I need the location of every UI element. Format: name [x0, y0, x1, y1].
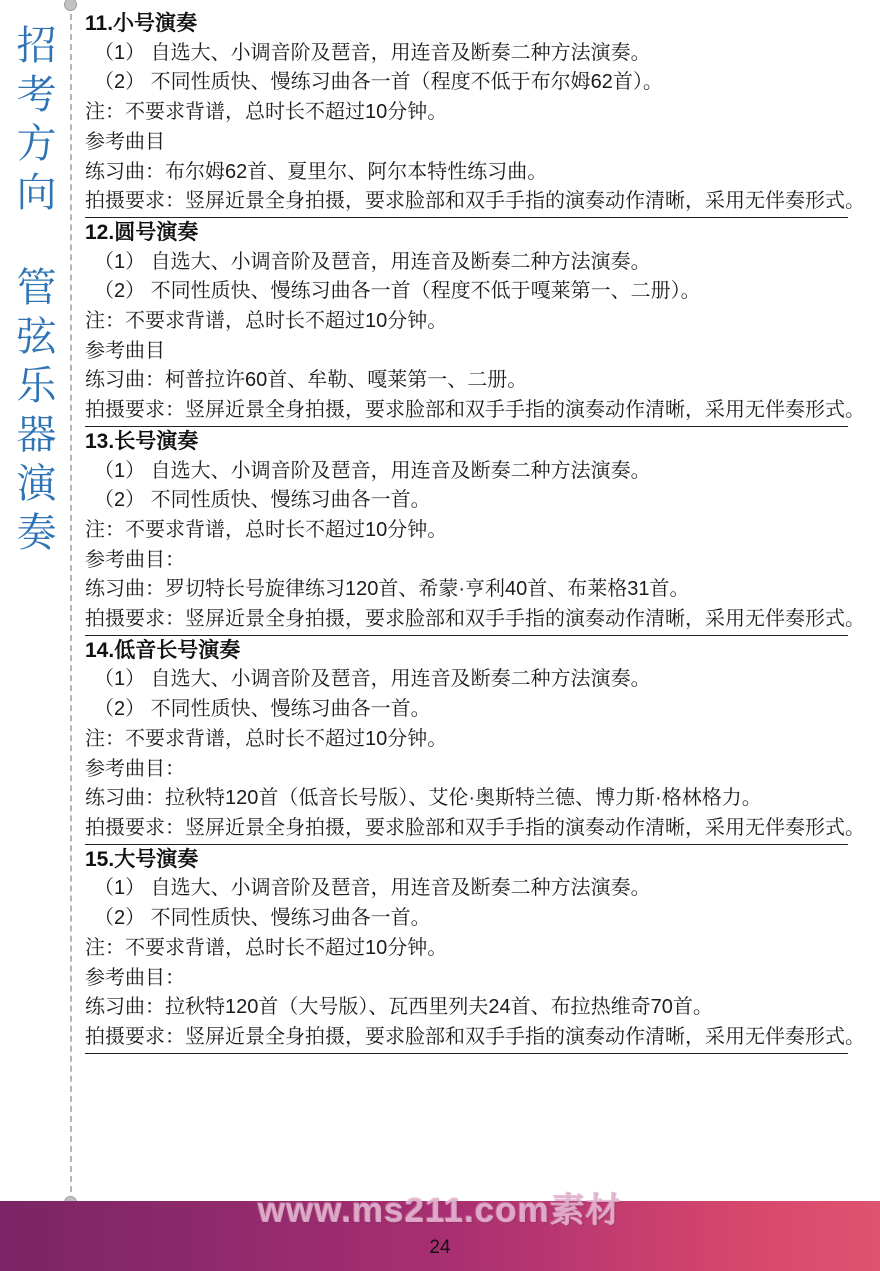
requirement-item-2: （2） 不同性质快、慢练习曲各一首（程度不低于布尔姆62首）。	[85, 68, 848, 98]
requirement-item-1: （1） 自选大、小调音阶及琶音，用连音及断奏二种方法演奏。	[85, 874, 848, 904]
filming-requirements-line: 拍摄要求：竖屏近景全身拍摄，要求脸部和双手手指的演奏动作清晰，采用无伴奏形式。	[85, 396, 848, 427]
section-title: 11.小号演奏	[85, 9, 848, 39]
requirement-item-1: （1） 自选大、小调音阶及琶音，用连音及断奏二种方法演奏。	[85, 248, 848, 278]
etudes-line: 练习曲：柯普拉许60首、牟勒、嘎莱第一、二册。	[85, 366, 848, 396]
exam-section: 15.大号演奏 （1） 自选大、小调音阶及琶音，用连音及断奏二种方法演奏。 （2…	[85, 845, 848, 1054]
section-title: 15.大号演奏	[85, 845, 848, 875]
note-line: 注：不要求背谱，总时长不超过10分钟。	[85, 98, 848, 128]
requirement-item-1: （1） 自选大、小调音阶及琶音，用连音及断奏二种方法演奏。	[85, 665, 848, 695]
exam-section: 14.低音长号演奏 （1） 自选大、小调音阶及琶音，用连音及断奏二种方法演奏。 …	[85, 636, 848, 845]
page-number: 24	[0, 1237, 880, 1259]
etudes-line: 练习曲：拉秋特120首（低音长号版）、艾伦·奥斯特兰德、博力斯·格林格力。	[85, 784, 848, 814]
note-line: 注：不要求背谱，总时长不超过10分钟。	[85, 725, 848, 755]
exam-section: 13.长号演奏 （1） 自选大、小调音阶及琶音，用连音及断奏二种方法演奏。 （2…	[85, 427, 848, 636]
requirement-item-1: （1） 自选大、小调音阶及琶音，用连音及断奏二种方法演奏。	[85, 39, 848, 69]
exam-section: 12.圆号演奏 （1） 自选大、小调音阶及琶音，用连音及断奏二种方法演奏。 （2…	[85, 218, 848, 427]
filming-requirements-line: 拍摄要求：竖屏近景全身拍摄，要求脸部和双手手指的演奏动作清晰，采用无伴奏形式。	[85, 1023, 848, 1054]
document-page: 招考方向 管弦乐器演奏 11.小号演奏 （1） 自选大、小调音阶及琶音，用连音及…	[0, 0, 880, 1271]
divider-top-dot	[64, 0, 77, 11]
etudes-line: 练习曲：布尔姆62首、夏里尔、阿尔本特性练习曲。	[85, 158, 848, 188]
reference-repertoire-heading: 参考曲目：	[85, 755, 848, 785]
etudes-line: 练习曲：罗切特长号旋律练习120首、希蒙·亨利40首、布莱格31首。	[85, 575, 848, 605]
dashed-divider-line	[70, 4, 72, 1202]
reference-repertoire-heading: 参考曲目	[85, 337, 848, 367]
requirement-item-2: （2） 不同性质快、慢练习曲各一首。	[85, 695, 848, 725]
exam-requirements-content: 11.小号演奏 （1） 自选大、小调音阶及琶音，用连音及断奏二种方法演奏。 （2…	[85, 9, 848, 1054]
footer-gradient-bar	[0, 1201, 880, 1271]
sidebar-vertical-label-major: 管弦乐器演奏	[13, 266, 53, 560]
exam-section: 11.小号演奏 （1） 自选大、小调音阶及琶音，用连音及断奏二种方法演奏。 （2…	[85, 9, 848, 218]
section-title: 12.圆号演奏	[85, 218, 848, 248]
note-line: 注：不要求背谱，总时长不超过10分钟。	[85, 934, 848, 964]
requirement-item-1: （1） 自选大、小调音阶及琶音，用连音及断奏二种方法演奏。	[85, 457, 848, 487]
section-title: 14.低音长号演奏	[85, 636, 848, 666]
requirement-item-2: （2） 不同性质快、慢练习曲各一首（程度不低于嘎莱第一、二册）。	[85, 277, 848, 307]
reference-repertoire-heading: 参考曲目	[85, 128, 848, 158]
requirement-item-2: （2） 不同性质快、慢练习曲各一首。	[85, 486, 848, 516]
sidebar-vertical-label-direction: 招考方向	[13, 24, 53, 220]
section-title: 13.长号演奏	[85, 427, 848, 457]
filming-requirements-line: 拍摄要求：竖屏近景全身拍摄，要求脸部和双手手指的演奏动作清晰，采用无伴奏形式。	[85, 187, 848, 218]
reference-repertoire-heading: 参考曲目：	[85, 546, 848, 576]
filming-requirements-line: 拍摄要求：竖屏近景全身拍摄，要求脸部和双手手指的演奏动作清晰，采用无伴奏形式。	[85, 814, 848, 845]
reference-repertoire-heading: 参考曲目：	[85, 964, 848, 994]
etudes-line: 练习曲：拉秋特120首（大号版）、瓦西里列夫24首、布拉热维奇70首。	[85, 993, 848, 1023]
note-line: 注：不要求背谱，总时长不超过10分钟。	[85, 307, 848, 337]
filming-requirements-line: 拍摄要求：竖屏近景全身拍摄，要求脸部和双手手指的演奏动作清晰，采用无伴奏形式。	[85, 605, 848, 636]
note-line: 注：不要求背谱，总时长不超过10分钟。	[85, 516, 848, 546]
requirement-item-2: （2） 不同性质快、慢练习曲各一首。	[85, 904, 848, 934]
